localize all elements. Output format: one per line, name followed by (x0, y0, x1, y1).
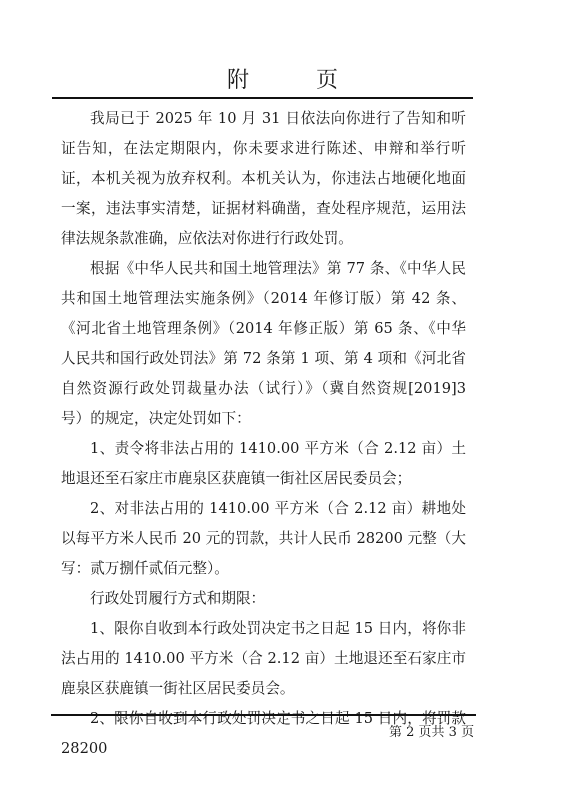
paragraph-execution-1: 1、限你自收到本行政处罚决定书之日起 15 日内，将你非法占用的 1410.00… (61, 614, 466, 704)
page-title: 附 页 (0, 66, 565, 96)
footer-divider (51, 714, 476, 716)
paragraph-penalty-1: 1、责令将非法占用的 1410.00 平方米（合 2.12 亩）土地退还至石家庄… (61, 434, 466, 494)
paragraph-penalty-2: 2、对非法占用的 1410.00 平方米（合 2.12 亩）耕地处以每平方米人民… (61, 494, 466, 584)
paragraph-legal-basis: 根据《中华人民共和国土地管理法》第 77 条、《中华人民共和国土地管理法实施条例… (61, 254, 466, 434)
paragraph-notice: 我局已于 2025 年 10 月 31 日依法向你进行了告知和听证告知，在法定期… (61, 104, 466, 254)
page-number: 第 2 页共 3 页 (389, 723, 474, 743)
document-body: 我局已于 2025 年 10 月 31 日依法向你进行了告知和听证告知，在法定期… (61, 104, 466, 764)
header-divider (52, 97, 473, 99)
paragraph-execution-heading: 行政处罚履行方式和期限： (61, 584, 466, 614)
